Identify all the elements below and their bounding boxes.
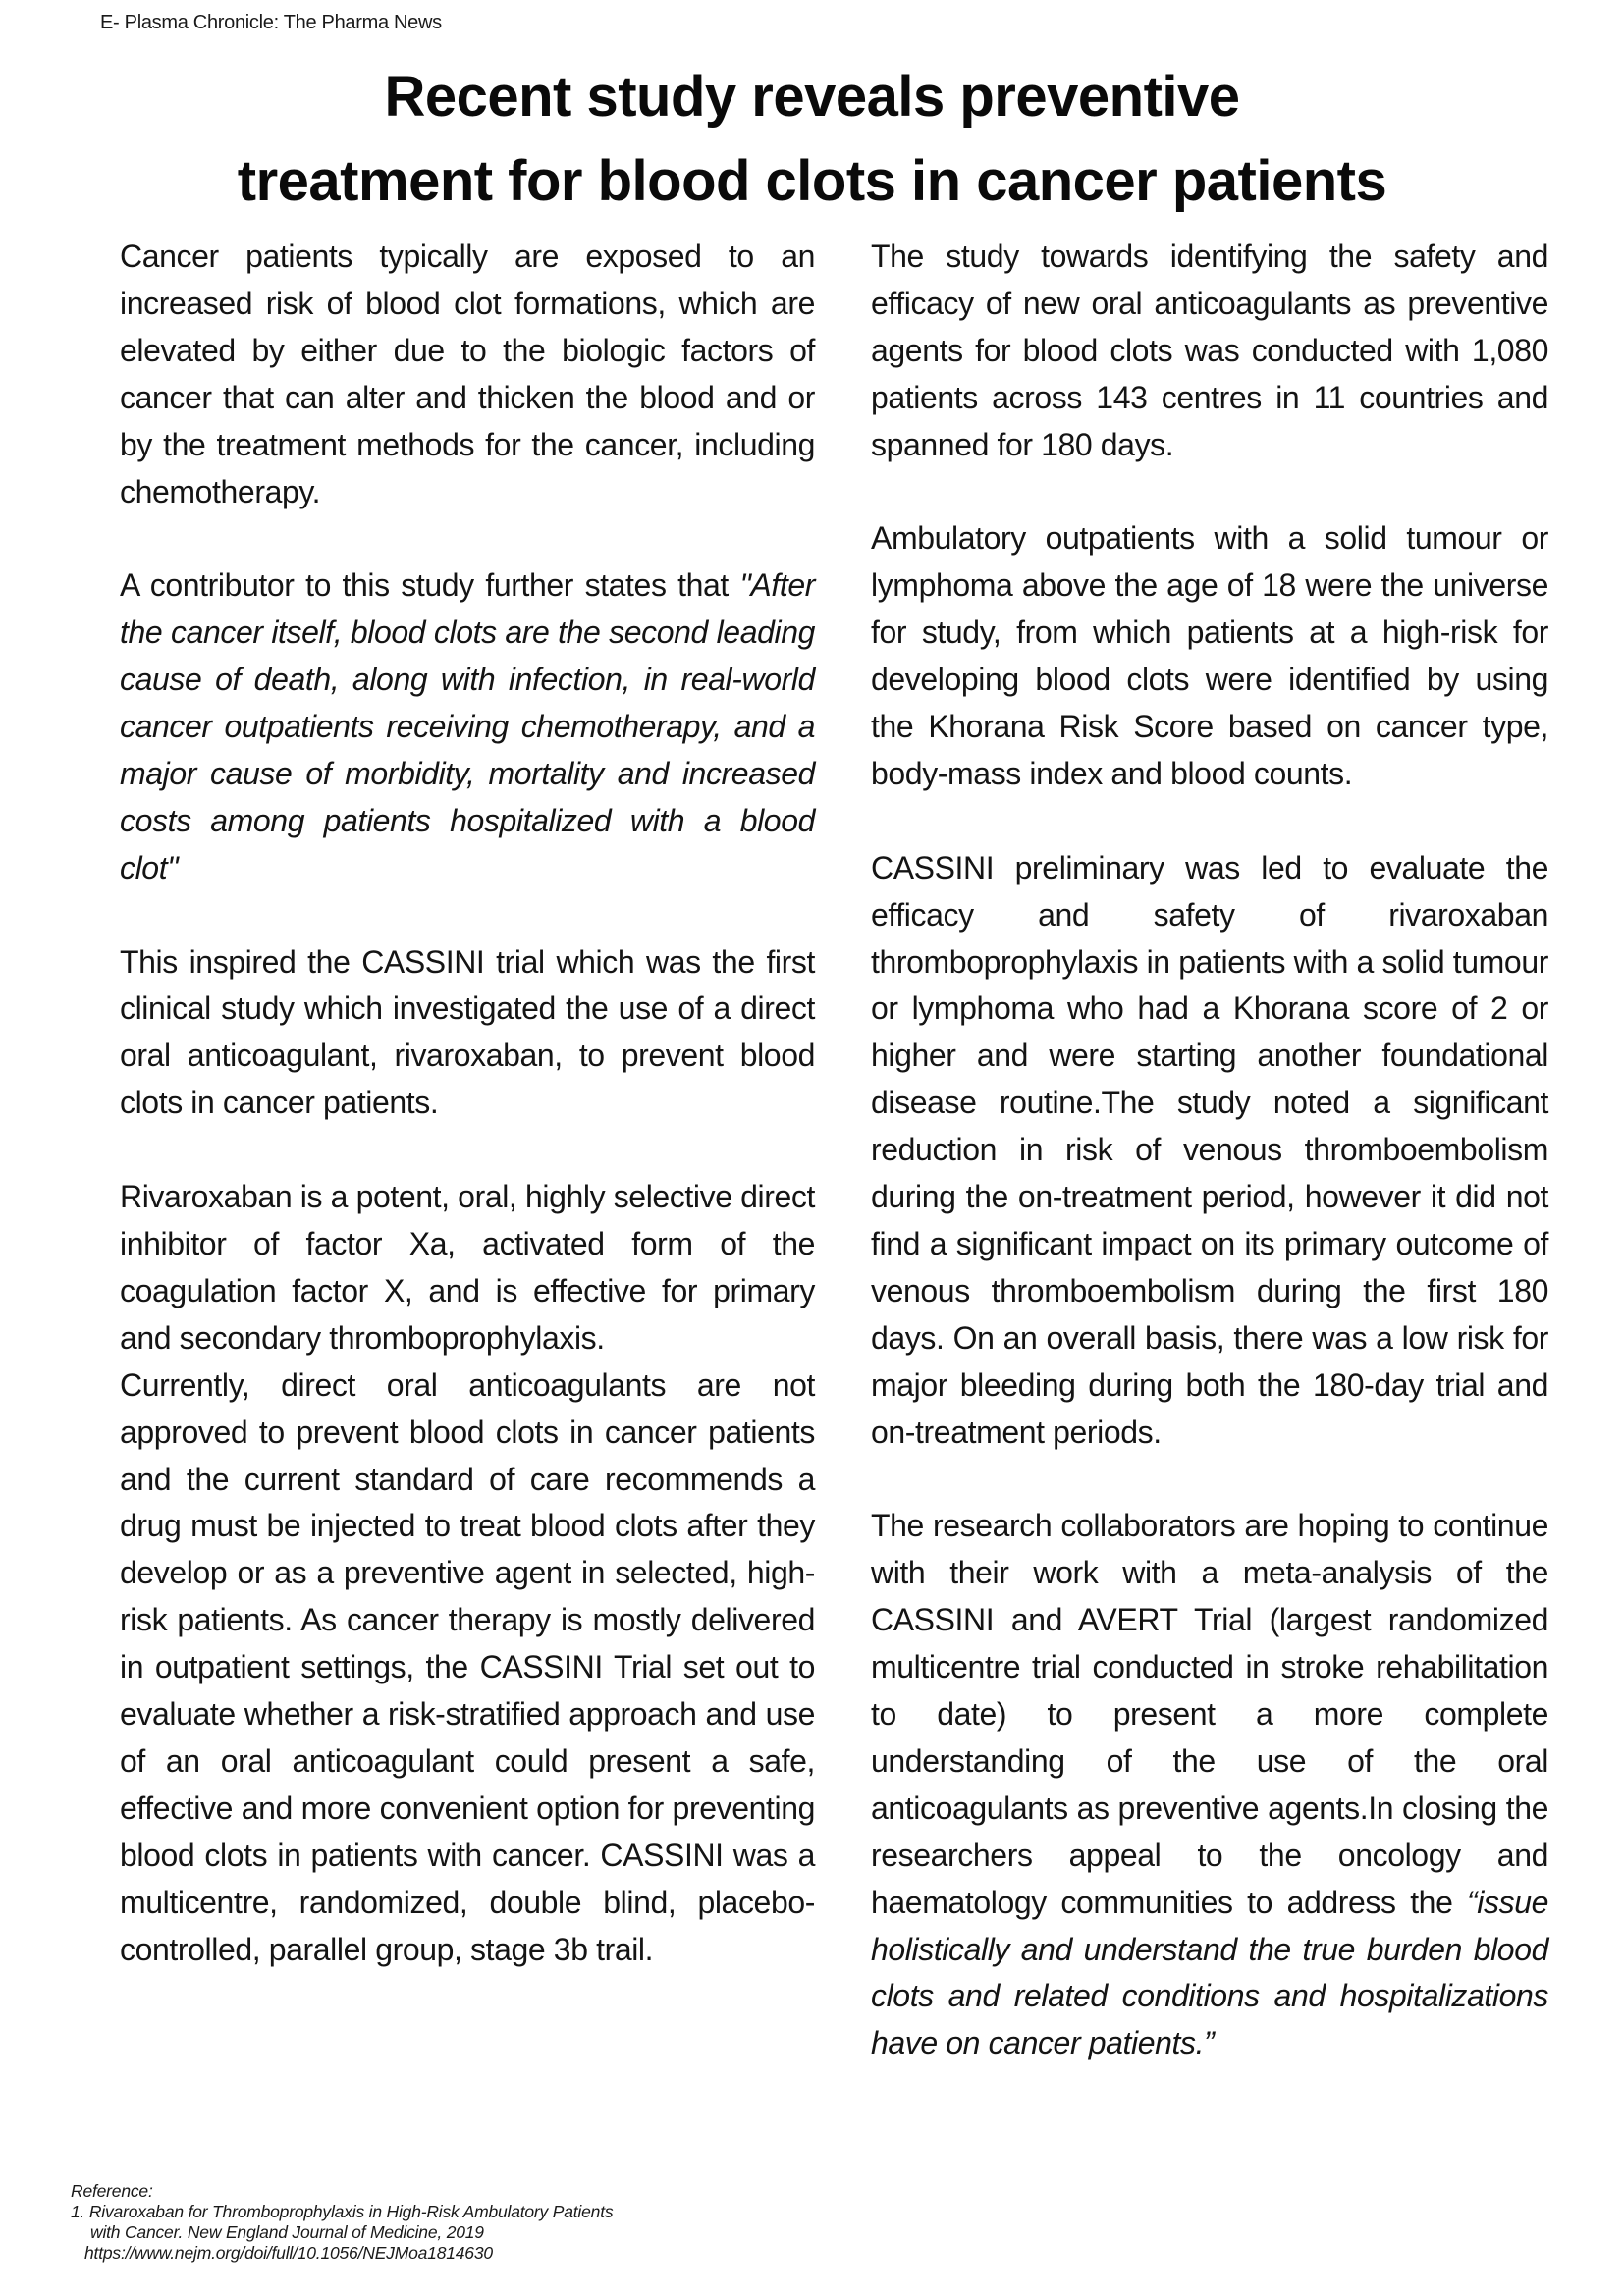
paragraph-contributor-quote: A contributor to this study further stat…	[120, 562, 815, 891]
publication-header: E- Plasma Chronicle: The Pharma News	[100, 12, 442, 34]
paragraph-future-work: The research collaborators are hoping to…	[871, 1503, 1548, 2067]
paragraph-study-population: Ambulatory outpatients with a solid tumo…	[871, 515, 1548, 797]
reference-item: 1. Rivaroxaban for Thromboprophylaxis in…	[71, 2202, 613, 2264]
future-work-text: The research collaborators are hoping to…	[871, 1508, 1548, 1919]
paragraph-results: CASSINI preliminary was led to evaluate …	[871, 845, 1548, 1457]
paragraph-rivaroxaban: Rivaroxaban is a potent, oral, highly se…	[120, 1174, 815, 1362]
paragraph-current-standard: Currently, direct oral anticoagulants ar…	[120, 1362, 815, 1974]
article-title: Recent study reveals preventive treatmen…	[0, 55, 1624, 224]
left-column: Cancer patients typically are exposed to…	[120, 234, 815, 2020]
reference-url-link[interactable]: https://www.nejm.org/doi/full/10.1056/NE…	[71, 2243, 613, 2264]
paragraph-intro: Cancer patients typically are exposed to…	[120, 234, 815, 515]
reference-title: 1. Rivaroxaban for Thromboprophylaxis in…	[71, 2202, 613, 2221]
reference-section: Reference: 1. Rivaroxaban for Thrombopro…	[71, 2181, 613, 2264]
paragraph-cassini-trial: This inspired the CASSINI trial which wa…	[120, 939, 815, 1128]
quote-intro: A contributor to this study further stat…	[120, 567, 739, 603]
reference-heading: Reference:	[71, 2181, 613, 2202]
paragraph-study-scope: The study towards identifying the safety…	[871, 234, 1548, 469]
article-title-line-1: Recent study reveals preventive	[0, 55, 1624, 139]
reference-source: with Cancer. New England Journal of Medi…	[71, 2222, 613, 2243]
contributor-quote: "After the cancer itself, blood clots ar…	[120, 567, 815, 884]
right-column: The study towards identifying the safety…	[871, 234, 1548, 2114]
article-title-line-2: treatment for blood clots in cancer pati…	[0, 139, 1624, 224]
